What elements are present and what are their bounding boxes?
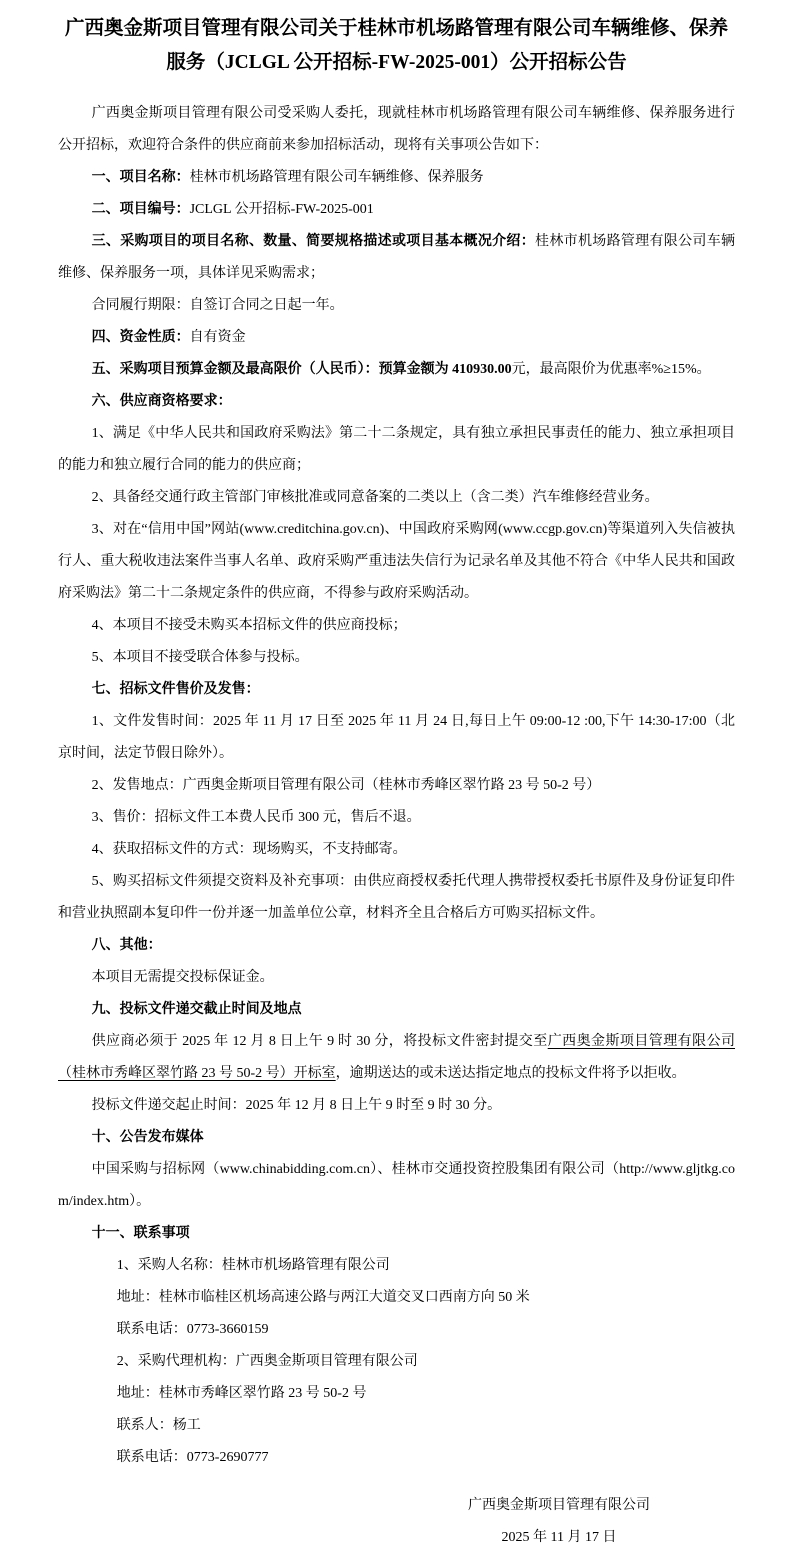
section-8-item-1: 本项目无需提交投标保证金。 xyxy=(58,962,735,994)
section-8-heading: 八、其他： xyxy=(58,930,735,962)
section-7-item-5: 5、购买招标文件须提交资料及补充事项：由供应商授权委托代理人携带授权委托书原件及… xyxy=(58,866,735,930)
buyer-address-line: 地址：桂林市临桂区机场高速公路与两江大道交叉口西南方向 50 米 xyxy=(58,1282,735,1314)
section-6-item-2: 2、具备经交通行政主管部门审核批准或同意备案的二类以上（含二类）汽车维修经营业务… xyxy=(58,482,735,514)
section-10-heading: 十、公告发布媒体 xyxy=(58,1122,735,1154)
section-7-heading: 七、招标文件售价及发售： xyxy=(58,674,735,706)
agent-phone-line: 联系电话：0773-2690777 xyxy=(58,1442,735,1474)
agent-name-line: 2、采购代理机构：广西奥金斯项目管理有限公司 xyxy=(58,1346,735,1378)
section-3-contract-term: 合同履行期限：自签订合同之日起一年。 xyxy=(58,290,735,322)
section-2-value: JCLGL 公开招标-FW-2025-001 xyxy=(190,202,374,217)
section-6-item-4: 4、本项目不接受未购买本招标文件的供应商投标； xyxy=(58,610,735,642)
section-11-heading: 十一、联系事项 xyxy=(58,1218,735,1250)
buyer-phone-line: 联系电话：0773-3660159 xyxy=(58,1314,735,1346)
section-5-label: 五、采购项目预算金额及最高限价（人民币）： xyxy=(92,362,379,377)
section-6-item-1: 1、满足《中华人民共和国政府采购法》第二十二条规定，具有独立承担民事责任的能力、… xyxy=(58,418,735,482)
section-4-fund-nature: 四、资金性质：自有资金 xyxy=(58,322,735,354)
agent-contact-line: 联系人：杨工 xyxy=(58,1410,735,1442)
section-7-item-2: 2、发售地点：广西奥金斯项目管理有限公司（桂林市秀峰区翠竹路 23 号 50-2… xyxy=(58,770,735,802)
section-5-price-limit: 元，最高限价为优惠率%≥15%。 xyxy=(512,362,711,377)
signature-date: 2025 年 11 月 17 日 xyxy=(468,1522,650,1554)
document-page: 广西奥金斯项目管理有限公司关于桂林市机场路管理有限公司车辆维修、保养服务（JCL… xyxy=(0,0,793,1564)
section-6-heading: 六、供应商资格要求： xyxy=(58,386,735,418)
section-10-media: 中国采购与招标网（www.chinabidding.com.cn）、桂林市交通投… xyxy=(58,1154,735,1218)
section-1-label: 一、项目名称： xyxy=(92,170,190,185)
section-9-heading: 九、投标文件递交截止时间及地点 xyxy=(58,994,735,1026)
signature-block: 广西奥金斯项目管理有限公司 2025 年 11 月 17 日 xyxy=(468,1490,650,1554)
section-1-value: 桂林市机场路管理有限公司车辆维修、保养服务 xyxy=(190,170,484,185)
section-3-project-overview: 三、采购项目的项目名称、数量、简要规格描述或项目基本概况介绍：桂林市机场路管理有… xyxy=(58,226,735,290)
section-1-project-name: 一、项目名称：桂林市机场路管理有限公司车辆维修、保养服务 xyxy=(58,162,735,194)
deadline-text-pre: 供应商必须于 2025 年 12 月 8 日上午 9 时 30 分，将投标文件密… xyxy=(92,1034,548,1049)
section-2-project-number: 二、项目编号：JCLGL 公开招标-FW-2025-001 xyxy=(58,194,735,226)
section-3-label: 三、采购项目的项目名称、数量、简要规格描述或项目基本概况介绍： xyxy=(92,234,535,249)
section-7-item-3: 3、售价：招标文件工本费人民币 300 元，售后不退。 xyxy=(58,802,735,834)
signature-company: 广西奥金斯项目管理有限公司 xyxy=(468,1490,650,1522)
section-9-deadline-paragraph: 供应商必须于 2025 年 12 月 8 日上午 9 时 30 分，将投标文件密… xyxy=(58,1026,735,1090)
section-6-item-3: 3、对在“信用中国”网站(www.creditchina.gov.cn)、中国政… xyxy=(58,514,735,610)
section-5-budget: 五、采购项目预算金额及最高限价（人民币）：预算金额为 410930.00元，最高… xyxy=(58,354,735,386)
section-9-submit-window: 投标文件递交起止时间：2025 年 12 月 8 日上午 9 时至 9 时 30… xyxy=(58,1090,735,1122)
section-4-label: 四、资金性质： xyxy=(92,330,190,345)
section-2-label: 二、项目编号： xyxy=(92,202,190,217)
intro-paragraph: 广西奥金斯项目管理有限公司受采购人委托，现就桂林市机场路管理有限公司车辆维修、保… xyxy=(58,98,735,162)
agent-address-line: 地址：桂林市秀峰区翠竹路 23 号 50-2 号 xyxy=(58,1378,735,1410)
section-7-item-1: 1、文件发售时间：2025 年 11 月 17 日至 2025 年 11 月 2… xyxy=(58,706,735,770)
section-4-value: 自有资金 xyxy=(190,330,246,345)
section-6-item-5: 5、本项目不接受联合体参与投标。 xyxy=(58,642,735,674)
deadline-text-post: ，逾期送达的或未送达指定地点的投标文件将予以拒收。 xyxy=(336,1066,686,1081)
document-title: 广西奥金斯项目管理有限公司关于桂林市机场路管理有限公司车辆维修、保养服务（JCL… xyxy=(58,12,735,80)
section-7-item-4: 4、获取招标文件的方式：现场购买，不支持邮寄。 xyxy=(58,834,735,866)
section-5-budget-amount: 预算金额为 410930.00 xyxy=(379,362,512,377)
buyer-name-line: 1、采购人名称：桂林市机场路管理有限公司 xyxy=(58,1250,735,1282)
